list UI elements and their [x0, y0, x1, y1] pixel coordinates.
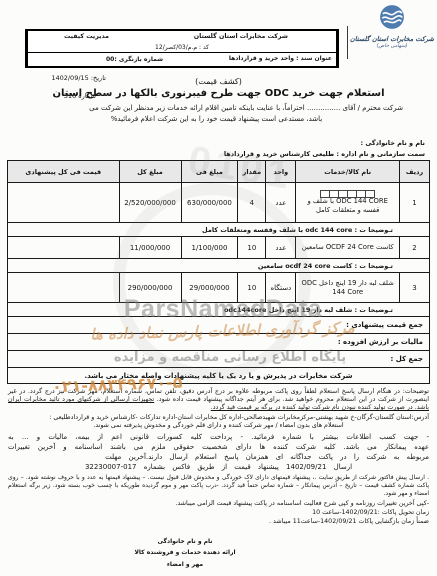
greeting-paragraph: شرکت محترم / آقای ............... احترام… — [30, 103, 403, 125]
header-company-name: شرکت مخابرات استان گلستان — [194, 33, 288, 40]
col-unit-price: مبلغ فی — [181, 161, 238, 183]
signature-stamp-label: مهر و امضاء — [100, 559, 270, 570]
delivery-time-line: زمان تحویل پاکات :1402/09/21-ساعت 10 — [8, 509, 429, 516]
item-note: تـوضیحا ت : odc 144 core با شلف وقفسه وم… — [8, 223, 430, 237]
header-box-row2: عنوان سند : واحد خرید و قراردادها شماره … — [28, 53, 336, 67]
table-row: 3 شلف لبه دار 19 اینچ داخل ODC 144 Core … — [8, 273, 430, 303]
document-page: 0101 ParsNamadData مرکز گردآوری اطلاعات … — [0, 0, 437, 576]
summary-label: جمع قیمت پیشنهادی : — [8, 317, 430, 334]
item-quantity: 10 — [238, 237, 266, 259]
signature-role-label: ارائه دهنده خدمات و فروشنده کالا — [100, 547, 270, 558]
logo-company-type: (سهامی خاص) — [350, 43, 434, 49]
item-name: کاست OCDF 24 Core سامعین — [296, 237, 400, 259]
fax-deadline-line: ارسال 1402/09/21 پیشنهاد قیمت از طریق فا… — [8, 463, 429, 471]
signature-name-label: نام و نام خانوادگی — [100, 536, 270, 547]
page-title: استعلام جهت خرید ODC جهت طرح فیبرنوری با… — [0, 88, 437, 99]
item-proposed-price — [8, 273, 120, 303]
item-unit-price: 1/100/000 — [181, 237, 238, 259]
item-proposed-price — [8, 183, 120, 223]
document-header-box: شرکت مخابرات استان گلستان مدیریت کیفیت ک… — [25, 29, 339, 68]
items-table: ردیف نام کالا/خدمات واحد مقدار مبلغ فی م… — [7, 160, 430, 384]
item-quantity: 10 — [238, 273, 266, 303]
terms-and-notes: توضیحات: در هنگام ارسال پاسخ استعلام لطف… — [8, 388, 429, 525]
row-number: 2 — [400, 237, 430, 259]
col-row-number: ردیف — [400, 161, 430, 183]
table-row: 2 کاست OCDF 24 Core سامعین عدد 10 1/100/… — [8, 237, 430, 259]
grand-total-label: جمع کل : — [8, 351, 430, 368]
summary-row-proposed-total: جمع قیمت پیشنهادی : — [8, 317, 430, 334]
item-unit: دستگاه — [266, 273, 296, 303]
header-revision-number: شماره بازنگری :00 — [106, 56, 163, 63]
item-note: تـوضیحا ت : کاست ocdf 24 core سامعین — [8, 259, 430, 273]
address-line: آدرس:استان گلستان-گرگان-خ شهید بهشتی-مرک… — [8, 414, 429, 422]
summary-row-vat: مالیات بر ارزش افزوده : — [8, 334, 430, 351]
header-quality-management: مدیریت کیفیت — [64, 33, 109, 40]
item-quantity: 4 — [238, 183, 266, 223]
item-total-price: 11/000/000 — [119, 237, 181, 259]
applicant-info: نام و نام خانوادگی : سمت سازمانی و نام ا… — [224, 138, 425, 161]
item-proposed-price — [8, 237, 120, 259]
logo-company-name: شرکت مخابرات استان گلستان — [350, 35, 434, 43]
item-unit-price: 29/000/000 — [181, 273, 238, 303]
col-proposed-price: قیمت فی کل پیشنهادی — [8, 161, 120, 183]
item-note-row: تـوضیحا ت : odc 144 core با شلف وقفسه وم… — [8, 223, 430, 237]
col-item-name: نام کالا/خدمات — [296, 161, 400, 183]
table-row: 1 ODC 144 CORE با شلف و قفسه و متعلقات ک… — [8, 183, 430, 223]
tci-globe-icon — [350, 4, 434, 34]
table-header-row: ردیف نام کالا/خدمات واحد مقدار مبلغ فی م… — [8, 161, 430, 183]
logo-divider-line — [347, 26, 348, 59]
item-note-row: تـوضیحا ت : کاست ocdf 24 core سامعین — [8, 259, 430, 273]
col-total-price: مبلغ کل — [119, 161, 181, 183]
opening-time-line: ضمناً زمان بازگشایی پاکات 1402/09/21-ساع… — [8, 518, 429, 525]
terms-paragraph: - جهت کسب اطلاعات بیشتر با شماره فرمائید… — [8, 432, 429, 462]
table-footer-row: شرکت مخابرات در پذیرش و یا رد یک یا کلیه… — [8, 368, 430, 384]
signature-block: نام و نام خانوادگی ارائه دهنده خدمات و ف… — [100, 536, 270, 570]
item-unit: عدد — [266, 183, 296, 223]
greeting-line1: شرکت محترم / آقای ............... احترام… — [30, 103, 403, 114]
vat-label: مالیات بر ارزش افزوده : — [8, 334, 430, 351]
header-document-code: کد : م.م/03/کصر/12 — [28, 44, 336, 51]
row-number: 1 — [400, 183, 430, 223]
item-total-price: 290/000/000 — [119, 273, 181, 303]
row-number: 3 — [400, 273, 430, 303]
small-terms-paragraph: . ارسال پیش فاکتور شرکت از طریق سایت .، … — [8, 474, 429, 498]
header-document-title: عنوان سند : واحد خرید و قراردادها — [229, 55, 332, 62]
header-box-row1: شرکت مخابرات استان گلستان مدیریت کیفیت ک… — [28, 31, 336, 53]
item-total-price: 2/520/000/000 — [119, 183, 181, 223]
item-unit-price: 630/000/000 — [181, 183, 238, 223]
item-note-row: تـوضیحا ت : شلف لبه دار 19 اینچ داخل odc… — [8, 303, 430, 317]
applicant-name-label: نام و نام خانوادگی : — [224, 138, 425, 149]
company-logo: شرکت مخابرات استان گلستان (سهامی خاص) — [350, 4, 434, 49]
item-name: ODC 144 CORE با شلف و قفسه و متعلقات کام… — [296, 183, 400, 223]
copy-requirement-line: -کپی آخرین تغییرات روزنامه و کپی شرح فعا… — [8, 500, 429, 507]
greeting-line2: باشد، مستدعی است پیشنهاد قیمت خود را به … — [30, 114, 403, 125]
rejection-rights-note: شرکت مخابرات در پذیرش و یا رد یک یا کلیه… — [8, 368, 430, 384]
col-unit: واحد — [266, 161, 296, 183]
item-unit: عدد — [266, 237, 296, 259]
summary-row-grand-total: جمع کل : — [8, 351, 430, 368]
item-name: شلف لبه دار 19 اینچ داخل ODC 144 Core — [296, 273, 400, 303]
price-discovery-label: (کشف قیمت) — [0, 77, 437, 86]
notes-paragraph: توضیحات: در هنگام ارسال پاسخ استعلام لطف… — [8, 388, 429, 413]
item-note: تـوضیحا ت : شلف لبه دار 19 اینچ داخل odc… — [8, 303, 430, 317]
col-quantity: مقدار — [238, 161, 266, 183]
address-line2: استعلام های بدون امضاء / مهر شرکت کننده … — [8, 422, 429, 429]
